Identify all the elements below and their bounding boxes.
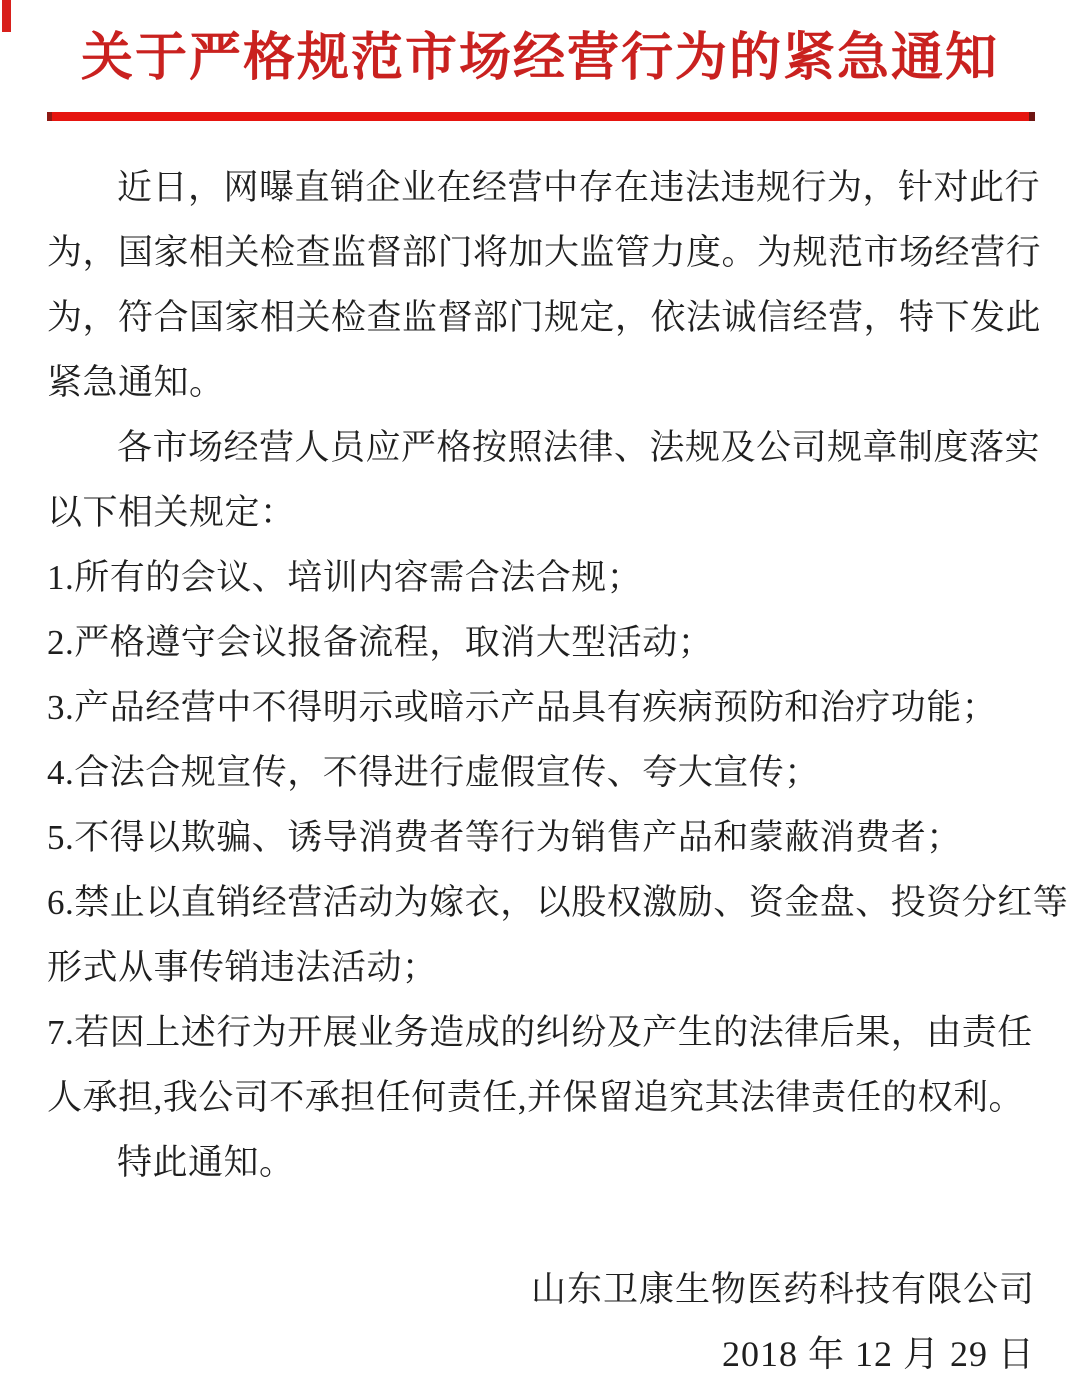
notice-title: 关于严格规范市场经营行为的紧急通知	[0, 0, 1080, 94]
notice-line: 以下相关规定：	[47, 480, 1080, 545]
notice-line: 特此通知。	[47, 1130, 1080, 1195]
notice-document: 关于严格规范市场经营行为的紧急通知 近日，网曝直销企业在经营中存在违法违规行为，…	[0, 0, 1080, 1392]
signature-date: 2018 年 12 月 29 日	[0, 1322, 1035, 1387]
notice-line-item-5: 5.不得以欺骗、诱导消费者等行为销售产品和蒙蔽消费者；	[47, 805, 1080, 870]
signature-block: 山东卫康生物医药科技有限公司 2018 年 12 月 29 日	[0, 1257, 1080, 1387]
notice-line: 各市场经营人员应严格按照法律、法规及公司规章制度落实	[47, 415, 1080, 480]
notice-line-item-4: 4.合法合规宣传，不得进行虚假宣传、夸大宣传；	[47, 740, 1080, 805]
notice-line: 紧急通知。	[47, 350, 1080, 415]
notice-line: 为，国家相关检查监督部门将加大监管力度。为规范市场经营行	[47, 220, 1080, 285]
notice-line: 近日，网曝直销企业在经营中存在违法违规行为，针对此行	[47, 155, 1080, 220]
notice-line-item-3: 3.产品经营中不得明示或暗示产品具有疾病预防和治疗功能；	[47, 675, 1080, 740]
notice-line: 为，符合国家相关检查监督部门规定，依法诚信经营，特下发此	[47, 285, 1080, 350]
corner-red-mark	[2, 0, 11, 32]
notice-line-item-7: 7.若因上述行为开展业务造成的纠纷及产生的法律后果，由责任	[47, 1000, 1080, 1065]
notice-line: 形式从事传销违法活动；	[47, 935, 1080, 1000]
notice-line-item-1: 1.所有的会议、培训内容需合法合规；	[47, 545, 1080, 610]
notice-line: 人承担,我公司不承担任何责任,并保留追究其法律责任的权利。	[47, 1065, 1080, 1130]
notice-line-item-2: 2.严格遵守会议报备流程，取消大型活动；	[47, 610, 1080, 675]
notice-line-item-6: 6.禁止以直销经营活动为嫁衣，以股权激励、资金盘、投资分红等	[47, 870, 1080, 935]
signature-company: 山东卫康生物医药科技有限公司	[0, 1257, 1035, 1322]
title-underline	[47, 112, 1035, 121]
notice-body: 近日，网曝直销企业在经营中存在违法违规行为，针对此行 为，国家相关检查监督部门将…	[0, 155, 1080, 1195]
